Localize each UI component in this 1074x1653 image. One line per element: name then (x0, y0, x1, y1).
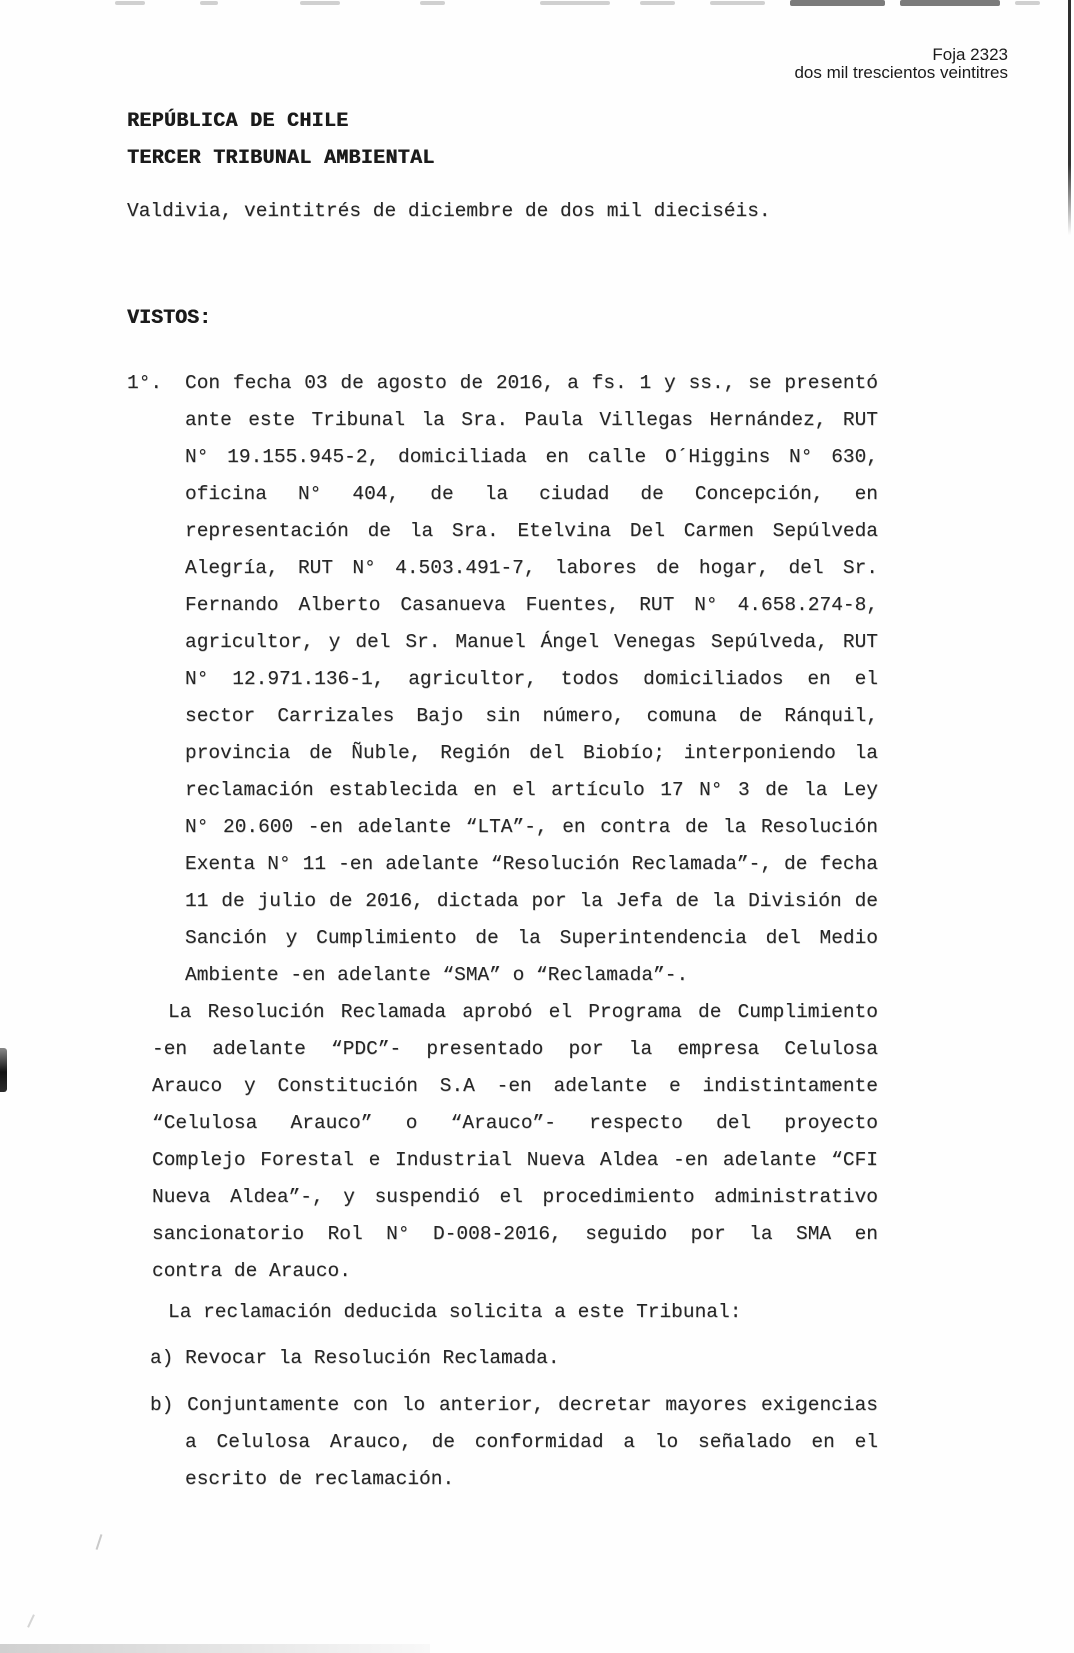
text-line: La reclamación deducida solicita a este … (152, 1294, 878, 1331)
text-line: N° 20.600 -en adelante “LTA”-, en contra… (185, 809, 878, 846)
text-line: a) Revocar la Resolución Reclamada. (150, 1340, 878, 1377)
folio-stamp: Foja 2323 dos mil trescientos veintitres (794, 46, 1008, 81)
text-line: N° 12.971.136-1, agricultor, todos domic… (185, 661, 878, 698)
letterhead-country: REPÚBLICA DE CHILE (127, 103, 435, 140)
text-line: Nueva Aldea”-, y suspendió el procedimie… (152, 1179, 878, 1216)
text-line: b) Conjuntamente con lo anterior, decret… (150, 1387, 878, 1424)
text-line: N° 19.155.945-2, domiciliada en calle O´… (185, 439, 878, 476)
paragraph-1: 1°. Con fecha 03 de agosto de 2016, a fs… (185, 365, 878, 994)
petition-item-b: b) Conjuntamente con lo anterior, decret… (150, 1387, 878, 1498)
text-line: reclamación establecida en el artículo 1… (185, 772, 878, 809)
text-line: oficina N° 404, de la ciudad de Concepci… (185, 476, 878, 513)
text-line: Arauco y Constitución S.A -en adelante e… (152, 1068, 878, 1105)
letterhead: REPÚBLICA DE CHILE TERCER TRIBUNAL AMBIE… (127, 103, 435, 177)
scan-artifact-speck (27, 1614, 35, 1628)
place-date-line: Valdivia, veintitrés de diciembre de dos… (127, 193, 771, 230)
text-line: sancionatorio Rol N° D-008-2016, seguido… (152, 1216, 878, 1253)
text-line: Sanción y Cumplimiento de la Superintend… (185, 920, 878, 957)
text-line: Ambiente -en adelante “SMA” o “Reclamada… (185, 957, 878, 994)
text-line: Con fecha 03 de agosto de 2016, a fs. 1 … (185, 365, 878, 402)
scan-artifact-top-noise (300, 1, 340, 5)
text-line: “Celulosa Arauco” o “Arauco”- respecto d… (152, 1105, 878, 1142)
scan-artifact-top-noise (115, 1, 145, 5)
text-line: Alegría, RUT N° 4.503.491-7, labores de … (185, 550, 878, 587)
text-line: 11 de julio de 2016, dictada por la Jefa… (185, 883, 878, 920)
text-line: Exenta N° 11 -en adelante “Resolución Re… (185, 846, 878, 883)
folio-number-words: dos mil trescientos veintitres (794, 64, 1008, 82)
scan-artifact-right-edge-line (1068, 0, 1071, 235)
paragraph-1-marker: 1°. (127, 365, 162, 402)
scan-artifact-left-margin-mark (0, 1048, 7, 1092)
scan-artifact-bottom-shadow (0, 1644, 430, 1653)
text-line: sector Carrizales Bajo sin número, comun… (185, 698, 878, 735)
text-line: provincia de Ñuble, Región del Biobío; i… (185, 735, 878, 772)
scan-artifact-top-noise (640, 1, 675, 5)
scan-artifact-top-noise (710, 1, 765, 5)
paragraph-3: La reclamación deducida solicita a este … (152, 1294, 878, 1331)
text-line: escrito de reclamación. (185, 1461, 878, 1498)
text-line: -en adelante “PDC”- presentado por la em… (152, 1031, 878, 1068)
text-line: Complejo Forestal e Industrial Nueva Ald… (152, 1142, 878, 1179)
text-line: La Resolución Reclamada aprobó el Progra… (152, 994, 878, 1031)
scan-artifact-speck (96, 1534, 103, 1550)
scan-artifact-top-noise (790, 0, 885, 6)
text-line: representación de la Sra. Etelvina Del C… (185, 513, 878, 550)
text-line: agricultor, y del Sr. Manuel Ángel Veneg… (185, 624, 878, 661)
text-line: Fernando Alberto Casanueva Fuentes, RUT … (185, 587, 878, 624)
scan-artifact-top-noise (540, 1, 610, 5)
scan-artifact-top-noise (420, 1, 445, 5)
folio-number: Foja 2323 (794, 46, 1008, 64)
text-line: contra de Arauco. (152, 1253, 878, 1290)
scan-artifact-top-noise (1015, 1, 1040, 5)
text-line: a Celulosa Arauco, de conformidad a lo s… (185, 1424, 878, 1461)
scan-artifact-top-noise (200, 1, 218, 5)
paragraph-2: La Resolución Reclamada aprobó el Progra… (152, 994, 878, 1290)
scan-artifact-top-noise (900, 0, 1000, 6)
section-heading-vistos: VISTOS: (127, 300, 211, 337)
document-page: Foja 2323 dos mil trescientos veintitres… (0, 0, 1074, 1653)
petition-item-a: a) Revocar la Resolución Reclamada. (150, 1340, 878, 1377)
letterhead-court: TERCER TRIBUNAL AMBIENTAL (127, 140, 435, 177)
text-line: ante este Tribunal la Sra. Paula Villega… (185, 402, 878, 439)
